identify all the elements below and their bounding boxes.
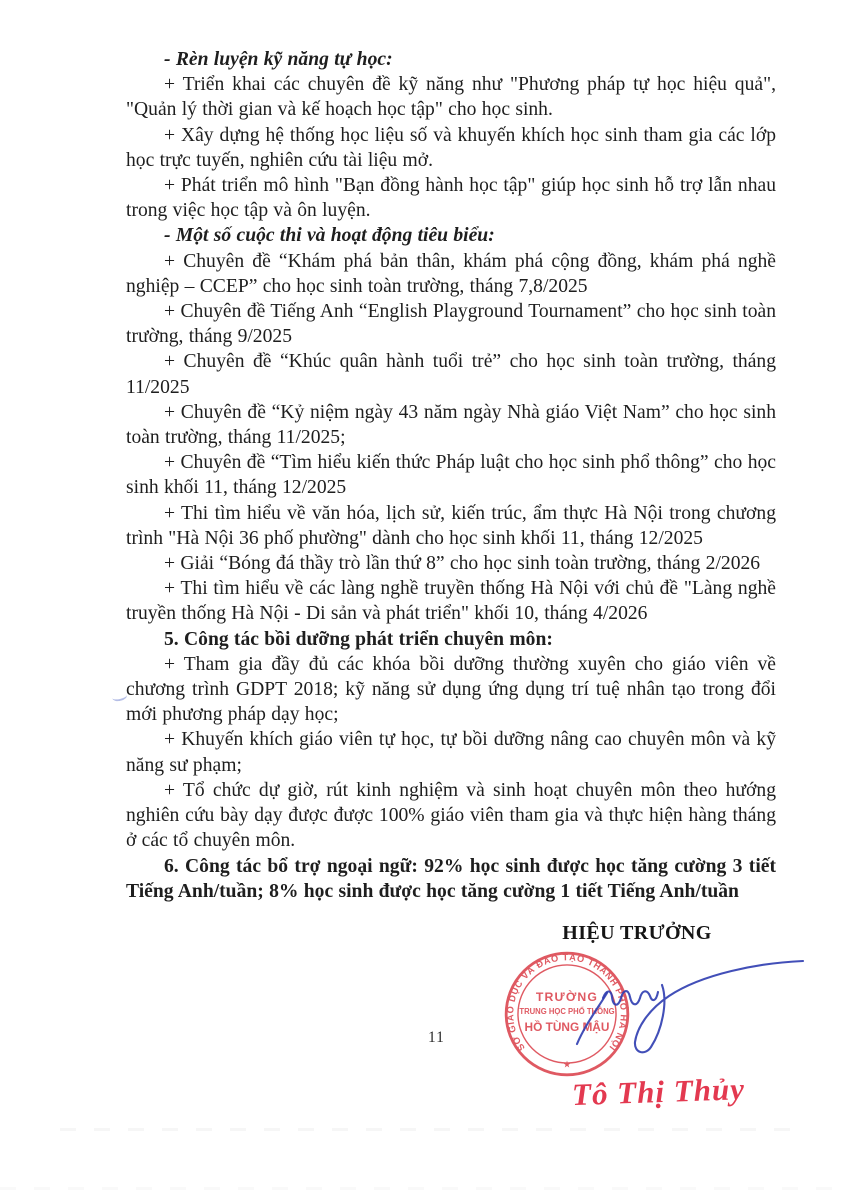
paragraph: + Khuyến khích giáo viên tự học, tự bồi … bbox=[126, 727, 776, 777]
paragraph: 5. Công tác bồi dưỡng phát triển chuyên … bbox=[126, 627, 776, 652]
paragraph: + Chuyên đề “Khúc quân hành tuổi trẻ” ch… bbox=[126, 349, 776, 399]
scan-artifact-band bbox=[0, 1187, 848, 1190]
signature-ink bbox=[540, 940, 820, 1065]
signer-name: Tô Thị Thủy bbox=[571, 1071, 752, 1113]
paragraph: + Chuyên đề “Khám phá bản thân, khám phá… bbox=[126, 249, 776, 299]
paragraph: + Tham gia đầy đủ các khóa bồi dưỡng thư… bbox=[126, 652, 776, 728]
paragraph: + Tổ chức dự giờ, rút kinh nghiệm và sin… bbox=[126, 778, 776, 854]
document-body: - Rèn luyện kỹ năng tự học:+ Triển khai … bbox=[126, 47, 776, 904]
paragraph: + Thi tìm hiểu về văn hóa, lịch sử, kiến… bbox=[126, 501, 776, 551]
paragraph: + Chuyên đề “Kỷ niệm ngày 43 năm ngày Nh… bbox=[126, 400, 776, 450]
page-number: 11 bbox=[428, 1029, 445, 1047]
paragraph: - Rèn luyện kỹ năng tự học: bbox=[126, 47, 776, 72]
paragraph: + Xây dựng hệ thống học liệu số và khuyế… bbox=[126, 123, 776, 173]
paragraph: + Chuyên đề “Tìm hiểu kiến thức Pháp luậ… bbox=[126, 450, 776, 500]
paragraph: + Thi tìm hiểu về các làng nghề truyền t… bbox=[126, 576, 776, 626]
paragraph: 6. Công tác bổ trợ ngoại ngữ: 92% học si… bbox=[126, 854, 776, 904]
paragraph: + Giải “Bóng đá thầy trò lần thứ 8” cho … bbox=[126, 551, 776, 576]
signature-stroke bbox=[635, 961, 803, 1052]
signature-stroke bbox=[603, 991, 658, 1005]
paragraph: - Một số cuộc thi và hoạt động tiêu biểu… bbox=[126, 223, 776, 248]
paragraph: + Phát triển mô hình "Bạn đồng hành học … bbox=[126, 173, 776, 223]
scan-artifact-band bbox=[60, 1128, 800, 1131]
paragraph: + Triển khai các chuyên đề kỹ năng như "… bbox=[126, 72, 776, 122]
document-page: - Rèn luyện kỹ năng tự học:+ Triển khai … bbox=[0, 0, 848, 1200]
paragraph: + Chuyên đề Tiếng Anh “English Playgroun… bbox=[126, 299, 776, 349]
signature-stroke bbox=[577, 993, 607, 1044]
